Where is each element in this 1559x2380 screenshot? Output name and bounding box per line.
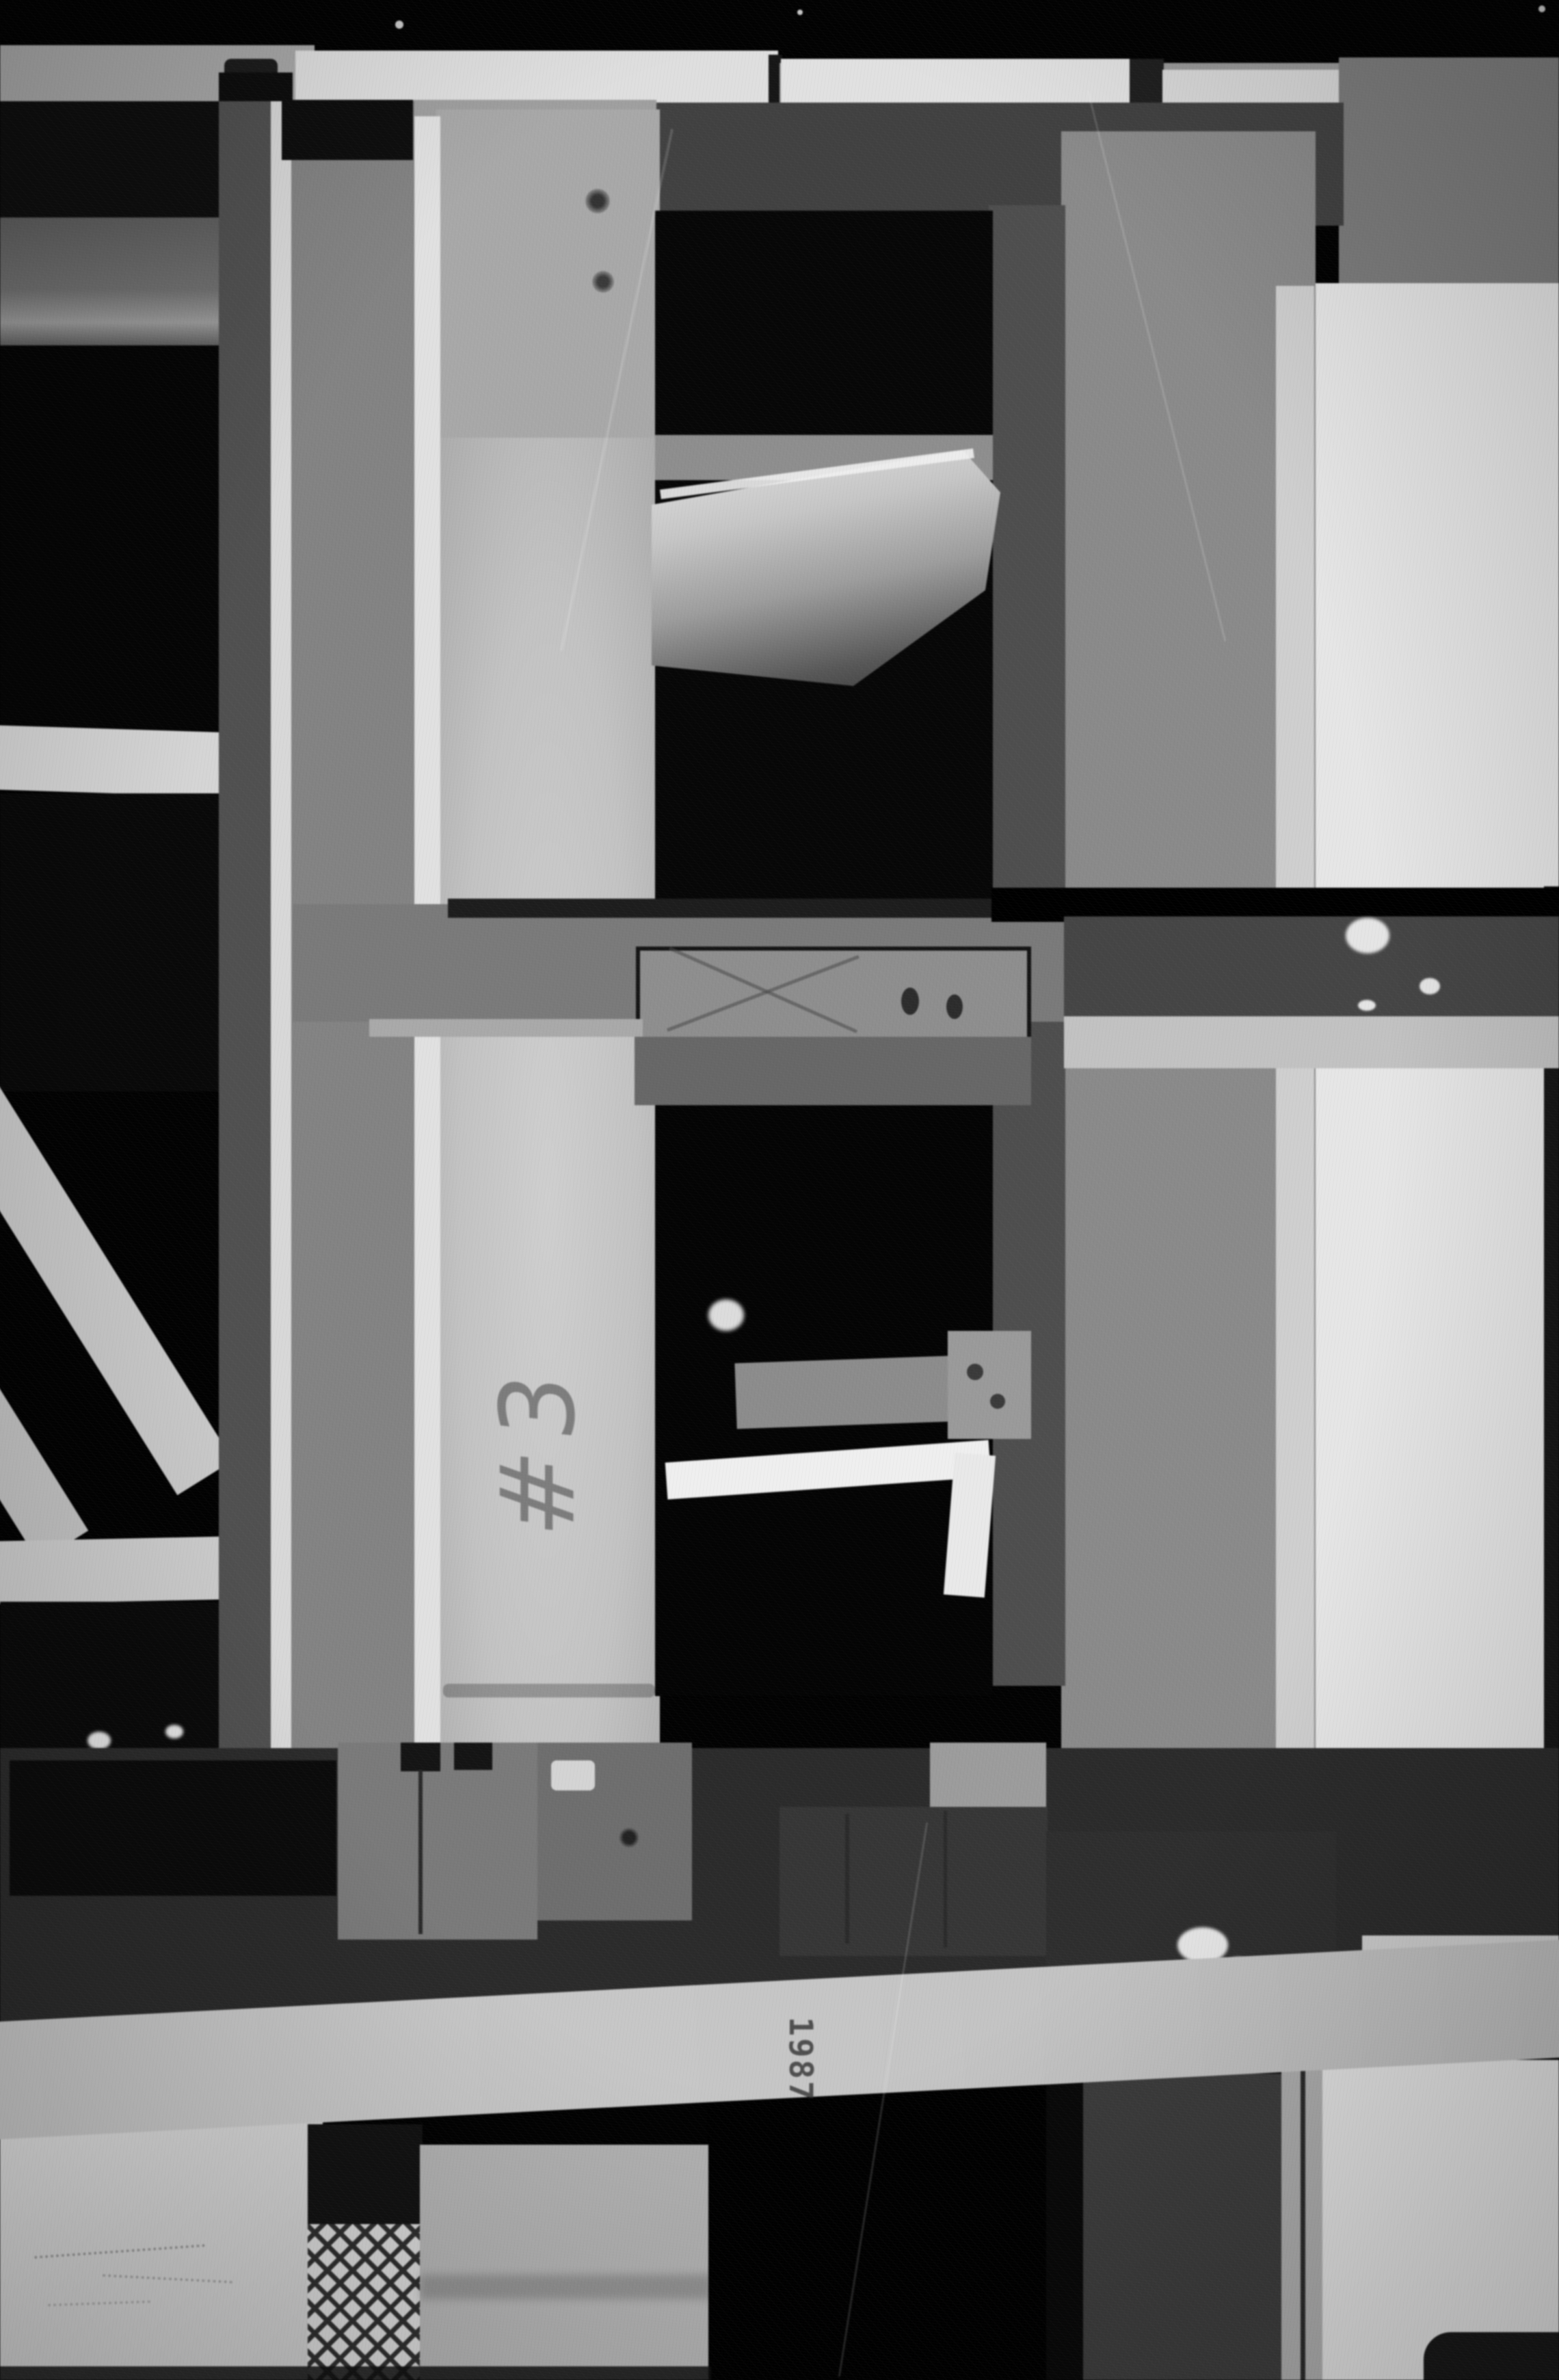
block-notch-2 — [454, 1743, 492, 1770]
rail-underside — [635, 1037, 1031, 1105]
bolt-head-upper — [585, 189, 610, 213]
paint-chip-2 — [165, 1725, 183, 1738]
middle-rail-shadow-line — [448, 899, 1070, 918]
diagonal-brace-long — [0, 1076, 233, 1495]
sill-block-1 — [338, 1743, 537, 1940]
date-stamp-marking: 1987 — [759, 2011, 842, 2108]
window-sill-beam — [0, 217, 222, 349]
pencil-scribble-2 — [103, 2274, 232, 2284]
light-strip-crack — [1301, 2070, 1305, 2380]
block-notch-1 — [401, 1743, 440, 1771]
sill-block-light-right — [930, 1743, 1046, 1811]
pencil-scribble-3 — [48, 2300, 150, 2306]
bottom-speckled-panel — [1083, 2074, 1284, 2380]
plaster-post-top — [436, 109, 660, 458]
wire-mesh-patch — [308, 2224, 423, 2380]
horizontal-brace-lower — [0, 1536, 232, 1604]
right-rail-bottom-band — [1064, 1016, 1559, 1068]
block-crack — [418, 1770, 423, 1934]
plaster-post — [436, 438, 660, 1823]
horizontal-brace-upper — [0, 725, 240, 797]
top-right-speckled-wall — [1339, 57, 1559, 290]
chalk-number-marking: #3 — [448, 1303, 629, 1597]
window-opening-upper — [0, 345, 222, 741]
bottom-dark-gap — [1046, 2078, 1086, 2380]
left-stud-dark — [219, 101, 276, 1793]
rail-nail-mark-1 — [901, 988, 919, 1015]
rail-nail-mark-2 — [946, 994, 963, 1019]
speckled-stud-top-notch — [282, 100, 413, 160]
dark-block-crack-1 — [845, 1814, 849, 1944]
paint-fleck-2 — [1420, 978, 1440, 994]
bottom-gray-panel — [420, 2145, 712, 2380]
bottom-left-recess — [10, 1760, 336, 1896]
right-stud-bright-seam — [1276, 286, 1314, 1930]
nailer-block — [948, 1331, 1031, 1439]
right-plaster-wall — [1314, 283, 1559, 1945]
plaster-post-crease — [443, 1684, 655, 1697]
rail-nailer-block — [636, 947, 1031, 1042]
date-stamp-text: 1987 — [782, 2016, 820, 2102]
window-opening-middle — [0, 793, 222, 1092]
photograph: #3 — [0, 0, 1559, 2380]
right-rail — [1064, 916, 1559, 1018]
left-stud-bright-edge — [271, 101, 293, 1793]
paint-fleck-3 — [1358, 1000, 1376, 1011]
sill-block-dark-right — [779, 1807, 1048, 1956]
window-opening-lower — [0, 1602, 222, 1756]
sill-bolt — [619, 1827, 639, 1848]
nail-hole-2 — [990, 1394, 1005, 1409]
rail-bottom-highlight — [369, 1019, 643, 1037]
bottom-light-strip — [1281, 2070, 1325, 2380]
diagonal-brace-short — [0, 1332, 88, 1562]
bottom-corner-shadow — [1424, 2332, 1559, 2380]
paint-chip-1 — [88, 1732, 111, 1749]
gray-panel-streak — [420, 2275, 712, 2299]
sill-bright-chip — [551, 1760, 595, 1790]
paint-fleck-1 — [1346, 918, 1389, 953]
lower-bay-white-spot — [708, 1299, 744, 1331]
film-speck-3 — [1538, 5, 1545, 12]
chalk-number-text: #3 — [479, 1357, 598, 1542]
bottom-edge-line — [0, 2366, 711, 2380]
dark-block-crack-2 — [944, 1811, 947, 1948]
film-speck-2 — [797, 10, 803, 15]
film-speck-1 — [395, 21, 403, 29]
bolt-head-lower — [592, 271, 614, 293]
photo-scene: #3 — [0, 0, 1559, 2380]
pencil-scribble-1 — [34, 2244, 205, 2258]
bottom-white-panel-left — [0, 2105, 323, 2380]
nail-hole-1 — [967, 1364, 983, 1380]
